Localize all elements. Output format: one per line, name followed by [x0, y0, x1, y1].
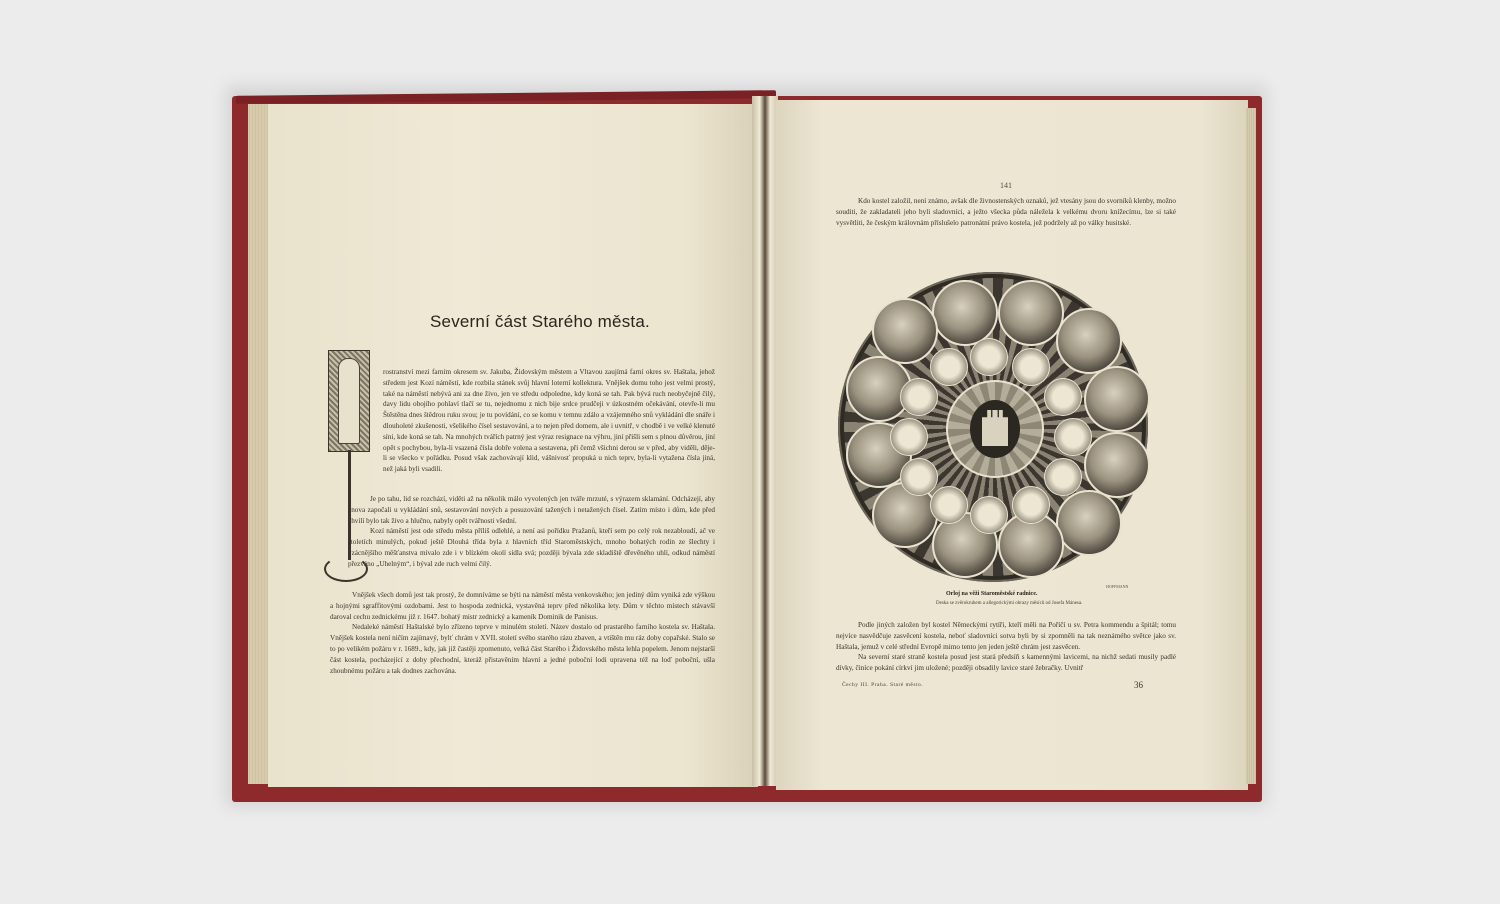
right-page-edges: [1246, 108, 1256, 784]
month-medallion: [1056, 308, 1122, 374]
illustration-caption-title: Orloj na věži Staroměstské radnice.: [946, 591, 1037, 597]
paragraph-text: Vnějšek všech domů jest tak prostý, že d…: [330, 590, 715, 622]
illustration-caption-subtitle: Deska se zvěrokruhem a allegorickými obr…: [936, 601, 1082, 606]
left-paragraphs-4-5: Vnějšek všech domů jest tak prostý, že d…: [330, 590, 715, 676]
right-top-paragraph: Kdo kostel založil, není známo, avšak dl…: [836, 196, 1176, 228]
footer-signature-line: Čechy III. Praha. Staré město.: [842, 682, 923, 688]
astronomical-clock-plate-illustration: [838, 272, 1148, 582]
month-medallion: [872, 298, 938, 364]
zodiac-medallion: [930, 348, 968, 386]
zodiac-medallion: [930, 486, 968, 524]
month-medallion: [1056, 490, 1122, 556]
month-medallion: [998, 280, 1064, 346]
footer-sheet-number: 36: [1134, 680, 1143, 690]
prague-coat-of-arms-disc: [946, 380, 1044, 478]
zodiac-medallion: [1044, 458, 1082, 496]
castle-icon: [982, 410, 1008, 446]
paragraph-text: Kozí náměstí jest ode středu města příli…: [348, 526, 715, 569]
coat-of-arms-shield: [970, 400, 1020, 458]
paragraph-text: Na severní staré straně kostela posud je…: [836, 652, 1176, 674]
left-paragraphs-2-3: Je po tahu, lid se rozchází, viděti až n…: [348, 494, 715, 570]
zodiac-medallion: [900, 378, 938, 416]
paragraph-text: Je po tahu, lid se rozchází, viděti až n…: [348, 494, 715, 526]
page-number: 141: [1000, 181, 1012, 190]
month-medallion: [1084, 366, 1150, 432]
zodiac-medallion: [970, 496, 1008, 534]
zodiac-medallion: [970, 338, 1008, 376]
zodiac-medallion: [890, 418, 928, 456]
paragraph-text: rostranství mezi farním okresem sv. Jaku…: [383, 367, 715, 475]
paragraph-text: Podle jiných založen byl kostel Německým…: [836, 620, 1176, 652]
chapter-title: Severní část Starého města.: [430, 312, 650, 332]
paragraph-text: Kdo kostel založil, není známo, avšak dl…: [836, 196, 1176, 228]
engraver-signature: HOFFMANN: [1106, 584, 1128, 589]
zodiac-medallion: [900, 458, 938, 496]
saint-figure-icon: [338, 358, 360, 444]
book-gutter: [752, 96, 778, 786]
right-bottom-paragraphs: Podle jiných založen byl kostel Německým…: [836, 620, 1176, 674]
paragraph-text: Nedaleké náměstí Haštalské bylo zřízeno …: [330, 622, 715, 676]
zodiac-medallion: [1054, 418, 1092, 456]
zodiac-medallion: [1044, 378, 1082, 416]
zodiac-medallion: [1012, 486, 1050, 524]
month-medallion: [932, 280, 998, 346]
left-paragraph-1: rostranství mezi farním okresem sv. Jaku…: [383, 367, 715, 475]
month-medallion: [1084, 432, 1150, 498]
zodiac-medallion: [1012, 348, 1050, 386]
